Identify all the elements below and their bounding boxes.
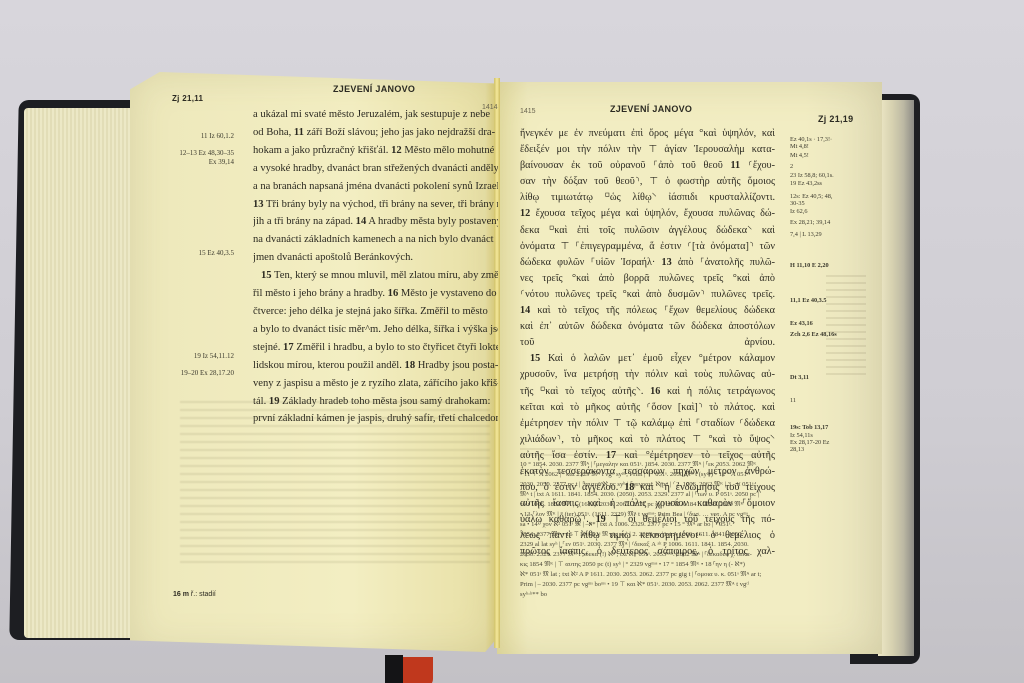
verse-number: 14 [520,305,530,316]
apparatus-line: 1854. 2377 𝔐ᴷ • 16 ⊤ I ℵ 051ˢ 𝔐 gig syʰ … [520,530,865,540]
left-running-head-ref: Zj 21,11 [172,94,203,103]
greek-text-line: δεκα ⸋καὶ ἐπὶ τοῖς πυλῶσιν ἀγγέλους δώδε… [520,223,775,239]
apparatus-line: 10 ° 1854. 2030. 2377 𝔐ᴬ | ⸀μεγαλην και … [520,460,865,470]
cross-reference: 23 Iz 58,8; 60,1s. [790,172,834,180]
apparatus-line: 𝔐ᴬ t | txt A 1611. 1841. 1854. 2030. (20… [520,490,865,500]
cross-reference: 19s: Tob 13,17 [790,424,828,432]
apparatus-line: • 11 ⊤ A 2062 | ⸀και 2329 𝔐ᴬ t vgᶜˡ syᵖʰ… [520,470,865,480]
greek-text-line: νες τρεῖς °καὶ ἀπὸ βορρᾶ πυλῶνες τρεῖς °… [520,271,775,287]
verse-number: 11 [730,160,740,171]
greek-text-line: 14 καὶ τὸ τεῖχος τῆς πόλεως ⸀ἔχων θεμελί… [520,303,775,319]
bleed-through-text [180,395,490,565]
apparatus-line: του 1006. 1854 𝔐ᴬ | –(1611). 2030. 2062.… [520,500,865,510]
greek-text-line: χρυσοῦν, ἵνα μετρήσῃ τὴν πόλιν καὶ τοὺς … [520,367,775,383]
greek-text-line: δώδεκα φυλῶν ⸀υἱῶν Ἰσραήλ· 13 ἀπὸ ⸀ἀνατο… [520,255,775,271]
verse-number: 18 [405,360,416,371]
czech-text-line: stejné. 17 Změřil i hradbu, a bylo to st… [253,339,498,357]
apparatus-line: sa • 14 ⸀χον ℵ² 051ˢ 𝔐 | –ℵ* | txt A 100… [520,520,865,530]
greek-text-line: ὀνόματα ⊤ ⸀ἐπιγεγραμμένα, ἅ ἐστιν ⸂[τὰ ὀ… [520,239,775,255]
right-page-number: 1415 [520,108,536,115]
cross-reference: 12–13 Ez 48,30–35 [179,149,234,157]
apparatus-line: κις 1854 𝔐ᴷ | ⊤ αυτης 2050 pc (t) syʰ | … [520,560,865,570]
cross-reference: 15 Ez 40,3.5 [199,249,234,257]
cross-reference: 30-35 [790,200,805,208]
verse-number: 17 [283,342,294,353]
greek-text-line: βαίνουσαν ἐκ τοῦ οὐρανοῦ ⸀ἀπὸ τοῦ θεοῦ 1… [520,158,775,174]
verse-number: 15 [261,270,272,281]
apparatus-line: • 13 ⸀λον 𝔐ᴷ | ° (ter) 051ˢ. (1611. 2329… [520,510,865,520]
cross-reference: 11 [790,397,796,405]
greek-text-line: ⸂νότου πυλῶνες τρεῖς °καὶ ἀπὸ δυσμῶν⸃ πυ… [520,287,775,303]
cross-reference: H 11,10 E 2,20 [790,262,829,270]
left-running-head-title: ZJEVENÍ JANOVO [333,84,415,94]
greek-text-line: ἐμέτρησεν τὴν πόλιν ⊤ τῷ καλάμῳ ἐπὶ ⸀στα… [520,416,775,432]
page-edges-right [878,100,914,656]
czech-text-line: hokam a jako průzračný křišťál. 12 Město… [253,142,498,160]
cross-reference: 28,13 [790,446,804,454]
right-running-head-title: ZJEVENÍ JANOVO [610,104,692,114]
czech-text-line: jmen dvanácti apoštolů Beránkových. [253,249,498,267]
czech-text-line: jih a tři brány na západ. 14 A hradby mě… [253,213,498,231]
greek-text-line: κεῖται καὶ τὸ μῆκος αὐτῆς ⸂ὅσον [καὶ]⸃ τ… [520,400,775,416]
verse-number: 13 [662,257,672,268]
czech-text-line: 15 Ten, který se mnou mluvil, měl zlatou… [253,267,498,285]
apparatus-line: 2030. 2050. 2377 pc t | ⸀αυτου ℵ pc syʰ … [520,480,865,490]
czech-bible-text: a ukázal mi svaté město Jeruzalém, jak s… [253,106,498,428]
cross-reference: 19–20 Ex 28,17.20 [181,369,234,377]
czech-text-line: a bylo to dvanáct tisíc měr^m. Jeho délk… [253,321,498,339]
apparatus-line: syʰ⋅ʰ** bo [520,590,865,600]
ribbon-bookmark-red[interactable] [403,657,433,683]
cross-reference: 11,1 Ez 40,3.5 [790,297,827,305]
czech-text-line: a ukázal mi svaté město Jeruzalém, jak s… [253,106,498,124]
greek-text-line: τοῦ ἀρνίου. [520,335,775,351]
czech-text-line: čtverce: jeho délka je stejná jako šířka… [253,303,498,321]
verse-number: 11 [294,127,304,138]
ribbon-bookmark-black[interactable] [385,655,403,683]
verse-number: 15 [530,353,540,364]
footnote-marker: 16 m [173,591,189,598]
greek-text-line: ἤνεγκέν με ἐν πνεύματι ἐπὶ ὄρος μέγα °κα… [520,126,775,142]
czech-text-line: řil město i jeho brány a hradby. 16 Měst… [253,285,498,303]
verse-number: 16 [650,386,660,397]
bleed-through-text [826,270,866,380]
cross-reference: Iz 62,6 [790,208,808,216]
apparatus-line: Prim | – 2030. 2377 pc vgᵐˢ boᵐˢ • 19 ⊤ … [520,580,865,590]
verse-number: 12 [391,145,402,156]
czech-text-line: lidskou mírou, kterou použil anděl. 18 H… [253,357,498,375]
greek-text-line: 15 Καὶ ὁ λαλῶν μετ᾽ ἐμοῦ εἶχεν °μέτρον κ… [520,351,775,367]
greek-text-line: λίθῳ τιμιωτάτῳ ⸋ὡς λίθῳ⸌ ἰάσπιδι κρυσταλ… [520,190,775,206]
czech-text-line: a vysoké hradby, dvanáct bran střežených… [253,160,498,178]
critical-apparatus: 10 ° 1854. 2030. 2377 𝔐ᴬ | ⸀μεγαλην και … [520,460,865,600]
cross-reference: 7,4 | L 13,29 [790,231,822,239]
verse-number: 14 [356,216,367,227]
greek-text-line: τῆς ⸋καὶ τὸ τεῖχος αὐτῆς⸌. 16 καὶ ἡ πόλι… [520,384,775,400]
cross-reference: Ez 43,16 [790,320,813,328]
cross-reference: 19 Iz 54,11.12 [194,352,234,360]
czech-text-line: na dvanácti základních kamenech a na nic… [253,231,498,249]
right-running-head-ref: Zj 21,19 [818,114,853,124]
apparatus-line: 2050. 2329. 2377 𝔐ᴷ t ; δεκα (!) ℵ² ; tx… [520,550,865,560]
left-footnote: 16 m ř.: stadií [173,591,216,598]
cross-reference: Mt 4,5! [790,152,809,160]
czech-text-line: a na branách napsaná jména dvanácti poko… [253,178,498,196]
greek-text-line: σαν τὴν δόξαν τοῦ θεοῦ⸃, ⊤ ὁ φωστὴρ αὐτῆ… [520,174,775,190]
verse-number: 16 [388,288,399,299]
verse-number: 13 [253,199,264,210]
bleed-through-text [520,444,770,456]
cross-reference: Ex 39,14 [209,158,234,166]
greek-text-line: ἔδειξέν μοι τὴν πόλιν τὴν ⊤ ἁγίαν Ἰερουσ… [520,142,775,158]
cross-reference: Dt 3,11 [790,374,809,382]
czech-text-line: 13 Tři brány byly na východ, tři brány n… [253,196,498,214]
greek-text-line: 12 ἔχουσα τεῖχος μέγα καὶ ὑψηλόν, ἔχουσα… [520,206,775,222]
cross-reference: Mt 4,8! [790,143,809,151]
cross-reference: 11 Iz 60,1.2 [201,132,234,140]
cross-reference: 2 [790,163,793,171]
cross-reference: Ex 28,21; 39,14 [790,219,830,227]
greek-text-line: καὶ ἐπ᾽ αὐτῶν δώδεκα ὀνόματα τῶν δώδεκα … [520,319,775,335]
cross-reference: 19 Ez 43,2ss [790,180,822,188]
footnote-text: ř.: stadií [191,591,216,598]
czech-text-line: od Boha, 11 září Boží slávou; jeho jas j… [253,124,498,142]
czech-text-line: veny z jaspisu a město je z ryzího zlata… [253,375,498,393]
verse-number: 12 [520,208,530,219]
apparatus-line: 2329 al lat syʰ | ⸀εν 051ˢ. 2030. 2377 𝔐… [520,540,865,550]
apparatus-line: ℵ* 051ˢ 𝔐 lat ; txt ℵ² A P 1611. 2030. 2… [520,570,865,580]
